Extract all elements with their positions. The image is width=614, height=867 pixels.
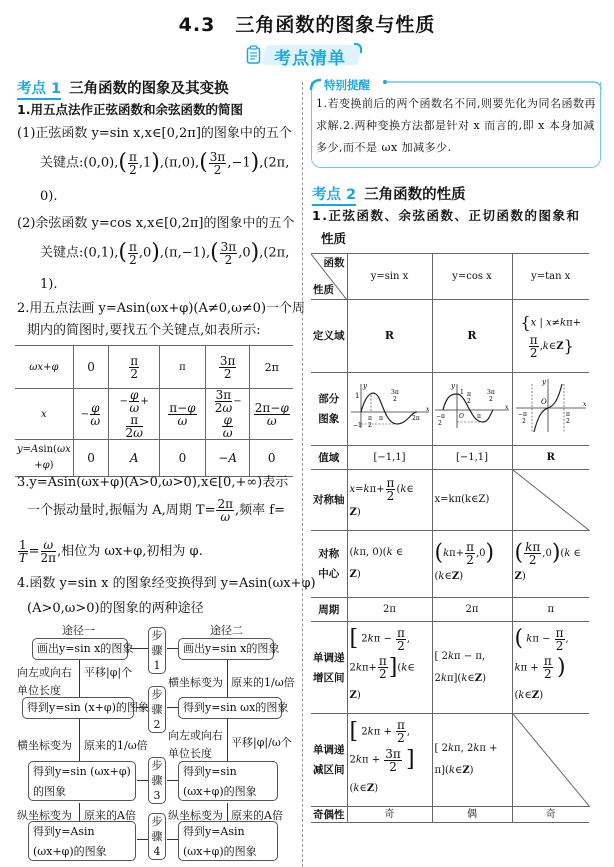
table-cell: π (160, 346, 206, 389)
arrow-right-4 (167, 839, 178, 840)
table-row: 奇偶性 奇 偶 奇 (311, 807, 589, 823)
table-cell: 2π−φω (250, 389, 293, 440)
table-cell: 奇 (512, 807, 589, 823)
left-box-1: 画出y=sin x的图象 (32, 638, 128, 660)
table-cell: ( kπ − π2,kπ + π2 )(k∈Z) (512, 622, 589, 714)
table-cell: (kπ2,0)(k ∈Z) (512, 531, 589, 598)
arrow-left-4 (137, 839, 148, 840)
row-label: 部分图象 (311, 373, 347, 446)
text: ,相位为 ωx+φ,初相为 φ. (57, 544, 203, 559)
right-label: 纵坐标变为 (168, 807, 223, 823)
table-cell: π2 (109, 346, 160, 389)
svg-text:2: 2 (393, 396, 397, 403)
table-cell: 3π2 (205, 346, 250, 389)
svg-text:x: x (583, 401, 587, 408)
table-cell: π−φω (160, 389, 206, 440)
step-4: 步骤4 (148, 813, 166, 860)
table-cell: [ 2kπ, 2kπ +π](k∈Z) (432, 714, 512, 807)
svg-text:2: 2 (467, 398, 471, 405)
s1-item3-a: 3.y=Asin(ωx+φ)(A>0,ω>0),x∈[0,+∞)表示 (17, 470, 288, 496)
table-cell: (kπ, 0)(k ∈Z) (347, 531, 432, 598)
row-label: 奇偶性 (311, 807, 347, 823)
left-label: 原来的1/ω倍 (84, 737, 148, 753)
s1-item1-sub2-a: (2)余弦函数 y=cos x,x∈[0,2π]的图象中的五个 (17, 211, 294, 237)
left-box-2: 得到y=sin (x+φ)的图象 (22, 697, 134, 719)
section2-heading: 考点 2三角函数的性质 (312, 183, 466, 204)
table-row: 单调递减区间 [ 2kπ + π2,2kπ + 3π2 ](k∈Z) [ 2kπ… (311, 714, 589, 807)
table-cell: [−1,1] (347, 446, 432, 470)
svg-text:O: O (459, 413, 464, 420)
table-cell: [−1,1] (432, 446, 512, 470)
left-box-3: 得到y=sin (ωx+φ)的图象 (28, 761, 136, 801)
svg-text:−π: −π (518, 411, 527, 418)
table-row: 对称中心 (kπ, 0)(k ∈Z) (kπ+π2,0)(k∈Z) (kπ2,0… (311, 531, 589, 598)
s1-item1-sub1-c: 0). (40, 184, 57, 210)
text: 关键点:(0,1), (40, 246, 118, 261)
s1-item3-c: 1T=ω2π,相位为 ωx+φ,初相为 φ. (17, 537, 203, 567)
left-label: 纵坐标变为 (17, 807, 72, 823)
table-cell: (kπ+π2,0)(k∈Z) (432, 531, 512, 598)
right-label: 原来的1/ω倍 (231, 674, 295, 690)
svg-text:2: 2 (438, 420, 442, 427)
corner-top-label: 函数 (324, 257, 345, 269)
svg-text:1: 1 (460, 389, 464, 396)
s1-item1-sub1-a: (1)正弦函数 y=sin x,x∈[0,2π]的图象中的五个 (17, 121, 292, 147)
svg-text:3π: 3π (487, 389, 495, 396)
row-label: 单调递增区间 (311, 622, 347, 714)
svg-text:π: π (379, 415, 383, 422)
text: ,(π,0), (160, 156, 199, 171)
tip-text: 1.若变换前后的两个函数名不同,则要先化为同名函数再求解.2.两种变换方法都是针… (316, 93, 598, 159)
path1-label: 途径一 (62, 622, 95, 638)
arrow-left-2 (136, 707, 148, 708)
right-connector-3 (227, 803, 228, 821)
step-2: 步骤2 (148, 686, 166, 733)
sine-graph: 1y 3π2 ππ 22π −1x (347, 373, 432, 446)
row-label: x (15, 389, 73, 440)
svg-text:2: 2 (489, 396, 493, 403)
table-row: x −φω −φω+π2ω π−φω 3π2ω−φω 2π−φω (15, 389, 293, 440)
svg-text:π: π (368, 415, 372, 422)
row-label: 周期 (311, 598, 347, 622)
table-cell: 奇 (347, 807, 432, 823)
left-box-4: 得到y=Asin (ωx+φ)的图象 (28, 821, 136, 861)
table-cell: −φω (73, 389, 109, 440)
empty-cell (512, 714, 589, 807)
table-cell: R (432, 300, 512, 373)
s1-item3-b: 一个振动量时,振幅为 A,周期 T=2πω,频率 f= (27, 496, 285, 526)
section-badge: 考点清单 (244, 43, 362, 66)
right-label: 原来的A倍 (231, 807, 283, 823)
cosine-graph-icon: y1 π2 3π2 −π2 Oπ x (433, 380, 511, 430)
tangent-graph-icon: yO −π2 π2 x (514, 376, 588, 434)
right-label: 平移|φ|/ω个 (231, 734, 292, 750)
svg-text:2: 2 (566, 418, 570, 425)
arrow-left-3 (137, 780, 148, 781)
table-cell: 2π (347, 598, 432, 622)
page-title: 4.3 三角函数的图象与性质 (0, 10, 614, 37)
table-cell: x=kπ+π2(k∈Z) (347, 470, 432, 531)
diagonal-line (513, 470, 590, 531)
text: 一个振动量时,振幅为 A,周期 T= (27, 503, 215, 518)
svg-text:y: y (450, 382, 456, 390)
table-cell: x=kπ(k∈Z) (432, 470, 512, 531)
right-label: 向左或向右 (168, 727, 223, 743)
text: 关键点:(0,0), (40, 156, 118, 171)
cosine-graph: y1 π2 3π2 −π2 Oπ x (432, 373, 512, 446)
table-cell: [ 2kπ − π,2kπ](k∈Z) (432, 622, 512, 714)
text: ,(2π, (259, 156, 289, 171)
row-label: 值域 (311, 446, 347, 470)
svg-text:π: π (477, 413, 481, 420)
row-label: 对称中心 (311, 531, 347, 598)
badge-corner (354, 43, 362, 53)
table-cell: 2π (432, 598, 512, 622)
text: ,频率 f= (235, 503, 285, 518)
svg-text:2: 2 (522, 418, 526, 425)
s1-item1-sub2-c: 1). (40, 272, 57, 298)
diagonal-line (513, 714, 590, 807)
left-connector-3 (79, 803, 80, 821)
text: ,(π,−1), (160, 246, 210, 261)
row-label: 单调递减区间 (311, 714, 347, 807)
column-header-cos: y=cos x (432, 254, 512, 300)
table-cell: 偶 (432, 807, 512, 823)
table-cell: −φω+π2ω (109, 389, 160, 440)
svg-text:2: 2 (368, 422, 372, 429)
svg-text:−π: −π (436, 413, 445, 420)
badge-label: 考点清单 (274, 44, 346, 69)
s1-item2-b: 期内的简图时,要找五个关键点,如表所示: (27, 318, 261, 344)
section2-title: 三角函数的性质 (364, 187, 466, 203)
arrow-right-2 (167, 707, 178, 708)
svg-text:π: π (467, 391, 471, 398)
tip-title: 特别提醒 (322, 77, 372, 93)
empty-cell (512, 470, 589, 531)
svg-text:y: y (541, 378, 547, 386)
left-label: 单位长度 (17, 682, 61, 698)
table-row: 单调递增区间 [ 2kπ − π2,2kπ+π2](k∈Z) [ 2kπ − π… (311, 622, 589, 714)
clipboard-icon (246, 45, 262, 65)
left-label: 向左或向右 (17, 664, 72, 680)
svg-text:y: y (362, 382, 368, 390)
right-box-2: 得到y=sin ωx的图象 (178, 697, 282, 719)
s1-item1-sub2-b: 关键点:(0,1),(π2,0),(π,−1),(3π2,0),(2π, (40, 238, 289, 269)
left-label: 横坐标变为 (17, 737, 72, 753)
step-1: 步骤1 (148, 627, 166, 674)
table-row: 部分图象 1y 3π2 ππ 22π −1x y1 π (311, 373, 589, 446)
arrow-right-3 (167, 780, 178, 781)
left-connector-1 (79, 660, 80, 697)
s1-item1-title: 1.用五点法作正弦函数和余弦函数的简图 (17, 97, 243, 123)
s1-item1-sub1-b: 关键点:(0,0),(π2,1),(π,0),(3π2,−1),(2π, (40, 148, 289, 179)
table-cell: 2π (250, 346, 293, 389)
table-cell: π (512, 598, 589, 622)
s1-item4-b: (A>0,ω>0)的图象的两种途径 (27, 596, 204, 622)
table-row: ωx+φ 0 π2 π 3π2 2π (15, 346, 293, 389)
table-row: 定义域 R R {x | x≠kπ+π2,k∈Z} (311, 300, 589, 373)
svg-text:3π: 3π (391, 389, 399, 396)
svg-text:π: π (566, 411, 570, 418)
sine-graph-icon: 1y 3π2 ππ 22π −1x (349, 380, 431, 430)
row-label: ωx+φ (15, 346, 73, 389)
section1-title: 三角函数的图象及其变换 (69, 81, 229, 97)
column-divider (302, 82, 303, 867)
right-label: 单位长度 (168, 745, 212, 761)
right-box-1: 画出y=sin x的图象 (178, 638, 274, 660)
corner-cell: 函数 性质 (311, 254, 347, 300)
right-label: 横坐标变为 (168, 674, 223, 690)
table-row: 值域 [−1,1] [−1,1] R (311, 446, 589, 470)
trig-properties-table: 函数 性质 y=sin x y=cos x y=tan x 定义域 R R {x… (311, 253, 589, 823)
left-connector-2 (79, 719, 80, 761)
table-cell: {x | x≠kπ+π2,k∈Z} (512, 300, 589, 373)
table-header-row: 函数 性质 y=sin x y=cos x y=tan x (311, 254, 589, 300)
table-cell: 0 (73, 346, 109, 389)
right-box-4: 得到y=Asin (ωx+φ)的图象 (178, 821, 278, 861)
section1-heading: 考点 1三角函数的图象及其变换 (17, 77, 229, 98)
table-cell: R (512, 446, 589, 470)
right-connector-1 (227, 660, 228, 697)
table-cell: [ 2kπ + π2,2kπ + 3π2 ](k∈Z) (347, 714, 432, 807)
s2-item1-b: 性质 (321, 226, 346, 252)
arrow-left-1 (130, 648, 148, 649)
svg-text:x: x (426, 406, 430, 413)
s2-item1-a: 1.正弦函数、余弦函数、正切函数的图象和 (312, 203, 580, 229)
path2-label: 途径二 (210, 622, 243, 638)
svg-text:1: 1 (355, 392, 359, 400)
table-row: 周期 2π 2π π (311, 598, 589, 622)
svg-text:2π: 2π (412, 415, 420, 422)
five-point-table: ωx+φ 0 π2 π 3π2 2π x −φω −φω+π2ω π−φω 3π… (15, 345, 293, 477)
tangent-graph: yO −π2 π2 x (512, 373, 589, 446)
table-cell: [ 2kπ − π2,2kπ+π2](k∈Z) (347, 622, 432, 714)
arrow-right-1 (167, 648, 178, 649)
corner-bottom-label: 性质 (313, 284, 334, 296)
step-3: 步骤3 (148, 757, 166, 804)
column-header-tan: y=tan x (512, 254, 589, 300)
table-row: 对称轴 x=kπ+π2(k∈Z) x=kπ(k∈Z) (311, 470, 589, 531)
right-connector-2 (227, 719, 228, 761)
row-label: 对称轴 (311, 470, 347, 531)
svg-text:O: O (541, 398, 547, 406)
right-box-3: 得到y=sin (ωx+φ)的图象 (178, 761, 278, 801)
table-cell: 3π2ω−φω (205, 389, 250, 440)
table-cell: R (347, 300, 432, 373)
text: ,(2π, (259, 246, 289, 261)
svg-text:−1: −1 (353, 422, 362, 429)
left-label: 平移|φ|个 (84, 664, 132, 680)
s1-item4-a: 4.函数 y=sin x 的图象经变换得到 y=Asin(ωx+φ) (17, 571, 316, 597)
left-label: 原来的A倍 (84, 807, 136, 823)
column-header-sin: y=sin x (347, 254, 432, 300)
row-label: 定义域 (311, 300, 347, 373)
